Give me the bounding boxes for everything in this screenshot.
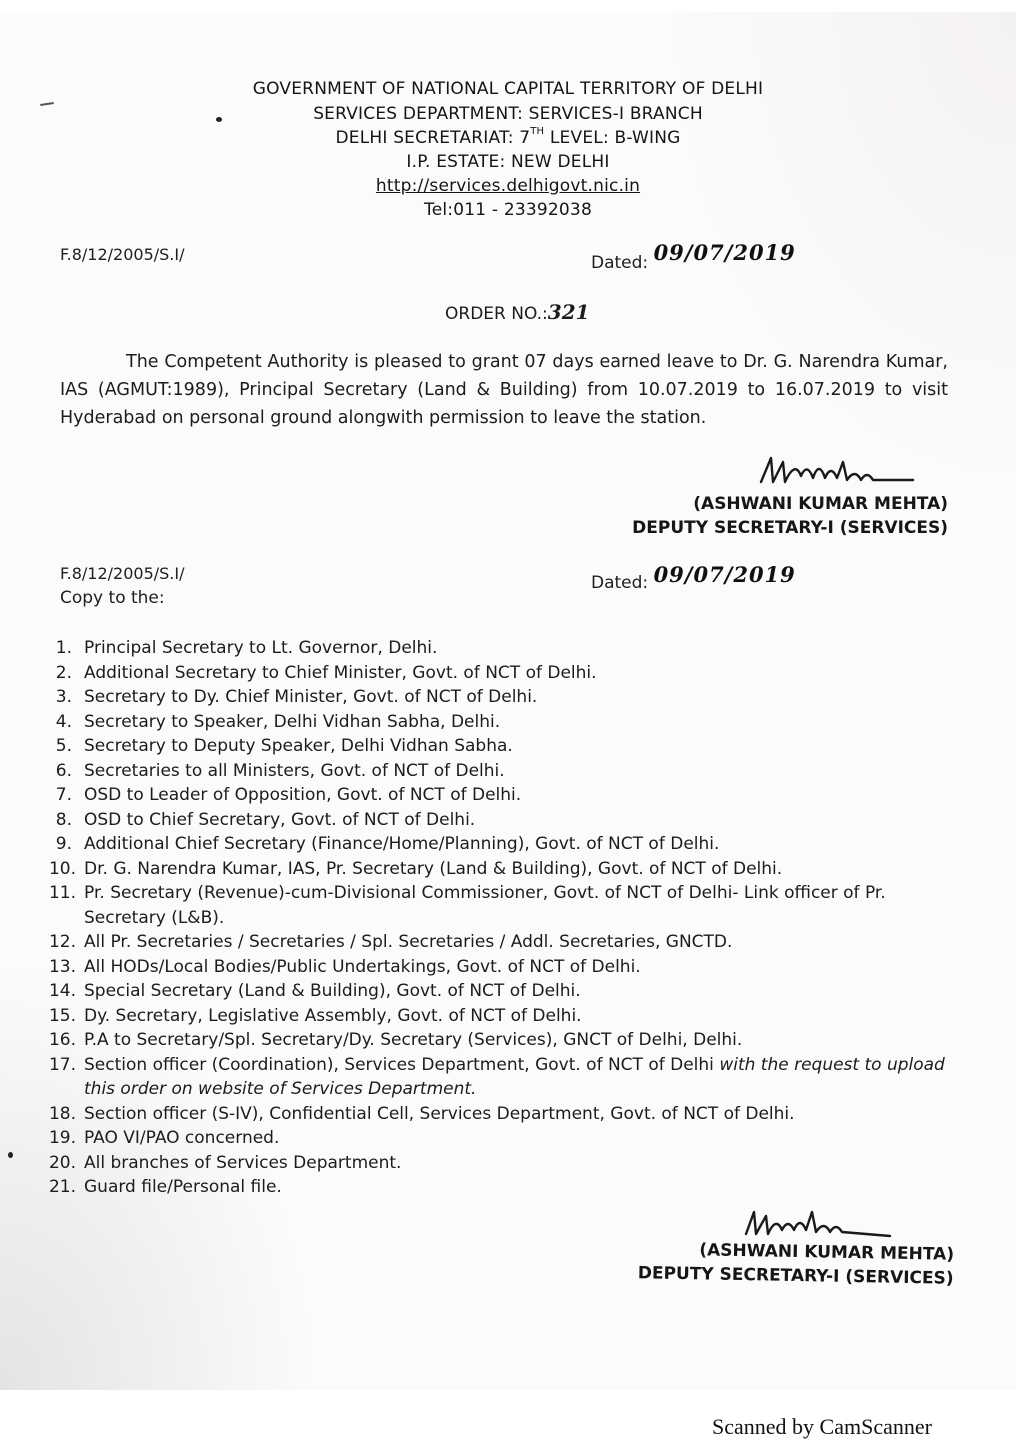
list-item-number: 20. (26, 1151, 82, 1176)
signatory-block-1: (ASHWANI KUMAR MEHTA) DEPUTY SECRETARY-I… (632, 492, 948, 540)
list-item-number: 15. (26, 1004, 82, 1029)
list-item-number: 12. (26, 930, 82, 955)
list-item-number: 19. (26, 1126, 82, 1151)
list-item: 9.Additional Chief Secretary (Finance/Ho… (26, 832, 966, 857)
list-item: 5.Secretary to Deputy Speaker, Delhi Vid… (26, 734, 966, 759)
list-item: 18.Section officer (S-IV), Confidential … (26, 1102, 966, 1127)
dated-label: Dated: (591, 573, 648, 593)
list-item-text: All branches of Services Department. (84, 1153, 401, 1173)
copy-dated: Dated: 09/07/2019 (591, 568, 796, 593)
list-item-number: 6. (26, 759, 78, 784)
copy-to-list: 1.Principal Secretary to Lt. Governor, D… (26, 636, 966, 1200)
list-item-number: 3. (26, 685, 78, 710)
address-superscript: TH (530, 126, 544, 137)
list-item-text: Special Secretary (Land & Building), Gov… (84, 981, 581, 1001)
list-item: 1.Principal Secretary to Lt. Governor, D… (26, 636, 966, 661)
scanner-watermark: Scanned by CamScanner (712, 1414, 932, 1440)
list-item: 7.OSD to Leader of Opposition, Govt. of … (26, 783, 966, 808)
list-item: 14.Special Secretary (Land & Building), … (26, 979, 966, 1004)
dated-label: Dated: (591, 253, 648, 273)
order-dated: Dated: 09/07/2019 (591, 248, 796, 273)
handwritten-date: 09/07/2019 (654, 562, 796, 587)
letterhead-estate: I.P. ESTATE: NEW DELHI (0, 152, 1016, 172)
list-item-text: Additional Chief Secretary (Finance/Home… (84, 834, 719, 854)
list-item: 2.Additional Secretary to Chief Minister… (26, 661, 966, 686)
list-item-number: 13. (26, 955, 82, 980)
list-item-number: 18. (26, 1102, 82, 1127)
list-item-number: 17. (26, 1053, 82, 1078)
list-item: 15.Dy. Secretary, Legislative Assembly, … (26, 1004, 966, 1029)
list-item-text: Additional Secretary to Chief Minister, … (84, 663, 597, 683)
list-item-number: 7. (26, 783, 78, 808)
list-item: 10.Dr. G. Narendra Kumar, IAS, Pr. Secre… (26, 857, 966, 882)
copy-file-number: F.8/12/2005/S.I/ (60, 564, 185, 583)
list-item-number: 2. (26, 661, 78, 686)
address-text: DELHI SECRETARIAT: 7 (335, 128, 530, 148)
list-item: 17.Section officer (Coordination), Servi… (26, 1053, 966, 1102)
list-item-number: 8. (26, 808, 78, 833)
list-item: 8.OSD to Chief Secretary, Govt. of NCT o… (26, 808, 966, 833)
list-item-text: OSD to Chief Secretary, Govt. of NCT of … (84, 810, 475, 830)
signature-icon (740, 1204, 900, 1244)
list-item-text: OSD to Leader of Opposition, Govt. of NC… (84, 785, 521, 805)
list-item-number: 1. (26, 636, 78, 661)
address-text-cont: LEVEL: B-WING (544, 128, 680, 148)
list-item: 4.Secretary to Speaker, Delhi Vidhan Sab… (26, 710, 966, 735)
order-number: ORDER NO.:321 (445, 300, 590, 324)
list-item: 21.Guard file/Personal file. (26, 1175, 966, 1200)
list-item: 19.PAO VI/PAO concerned. (26, 1126, 966, 1151)
copy-intro: Copy to the: (60, 588, 165, 608)
signatory-name: (ASHWANI KUMAR MEHTA) (632, 492, 948, 516)
list-item-number: 14. (26, 979, 82, 1004)
signatory-block-2: (ASHWANI KUMAR MEHTA) DEPUTY SECRETARY-I… (638, 1237, 955, 1291)
list-item-text: Secretary to Speaker, Delhi Vidhan Sabha… (84, 712, 500, 732)
letterhead-department: SERVICES DEPARTMENT: SERVICES-I BRANCH (0, 104, 1016, 124)
order-number-value: 321 (548, 300, 590, 324)
signature-icon (755, 452, 915, 492)
list-item-text: Section officer (S-IV), Confidential Cel… (84, 1104, 795, 1124)
letterhead-phone: Tel:011 - 23392038 (0, 200, 1016, 220)
list-item: 3.Secretary to Dy. Chief Minister, Govt.… (26, 685, 966, 710)
scan-speck (216, 117, 222, 122)
list-item-text: Secretaries to all Ministers, Govt. of N… (84, 761, 505, 781)
list-item-text: Pr. Secretary (Revenue)-cum-Divisional C… (84, 883, 886, 928)
list-item-text: Section officer (Coordination), Services… (84, 1055, 714, 1075)
list-item: 12.All Pr. Secretaries / Secretaries / S… (26, 930, 966, 955)
list-item-text: Principal Secretary to Lt. Governor, Del… (84, 638, 437, 658)
website-link[interactable]: http://services.delhigovt.nic.in (376, 176, 640, 196)
signatory-title: DEPUTY SECRETARY-I (SERVICES) (632, 516, 948, 540)
list-item-number: 21. (26, 1175, 82, 1200)
list-item: 11.Pr. Secretary (Revenue)-cum-Divisiona… (26, 881, 966, 930)
list-item-number: 16. (26, 1028, 82, 1053)
letterhead-website: http://services.delhigovt.nic.in (0, 176, 1016, 196)
list-item-number: 4. (26, 710, 78, 735)
list-item-text: PAO VI/PAO concerned. (84, 1128, 279, 1148)
letterhead-government: GOVERNMENT OF NATIONAL CAPITAL TERRITORY… (0, 79, 1016, 99)
list-item-number: 10. (26, 857, 82, 882)
scan-speck (8, 1152, 13, 1158)
list-item: 20.All branches of Services Department. (26, 1151, 966, 1176)
list-item-text: Secretary to Deputy Speaker, Delhi Vidha… (84, 736, 513, 756)
letterhead-address: DELHI SECRETARIAT: 7TH LEVEL: B-WING (0, 128, 1016, 148)
list-item: 6.Secretaries to all Ministers, Govt. of… (26, 759, 966, 784)
handwritten-date: 09/07/2019 (654, 240, 796, 265)
order-number-label: ORDER NO.: (445, 304, 548, 324)
list-item-number: 5. (26, 734, 78, 759)
order-file-number: F.8/12/2005/S.I/ (60, 245, 185, 264)
list-item-text: Dy. Secretary, Legislative Assembly, Gov… (84, 1006, 582, 1026)
list-item-text: Secretary to Dy. Chief Minister, Govt. o… (84, 687, 537, 707)
list-item: 16.P.A to Secretary/Spl. Secretary/Dy. S… (26, 1028, 966, 1053)
list-item-text: Guard file/Personal file. (84, 1177, 282, 1197)
list-item-text: All Pr. Secretaries / Secretaries / Spl.… (84, 932, 732, 952)
list-item-text: All HODs/Local Bodies/Public Undertaking… (84, 957, 641, 977)
list-item-number: 9. (26, 832, 78, 857)
list-item-number: 11. (26, 881, 82, 906)
order-body: The Competent Authority is pleased to gr… (60, 348, 948, 432)
list-item: 13.All HODs/Local Bodies/Public Undertak… (26, 955, 966, 980)
list-item-text: Dr. G. Narendra Kumar, IAS, Pr. Secretar… (84, 859, 782, 879)
list-item-text: P.A to Secretary/Spl. Secretary/Dy. Secr… (84, 1030, 742, 1050)
